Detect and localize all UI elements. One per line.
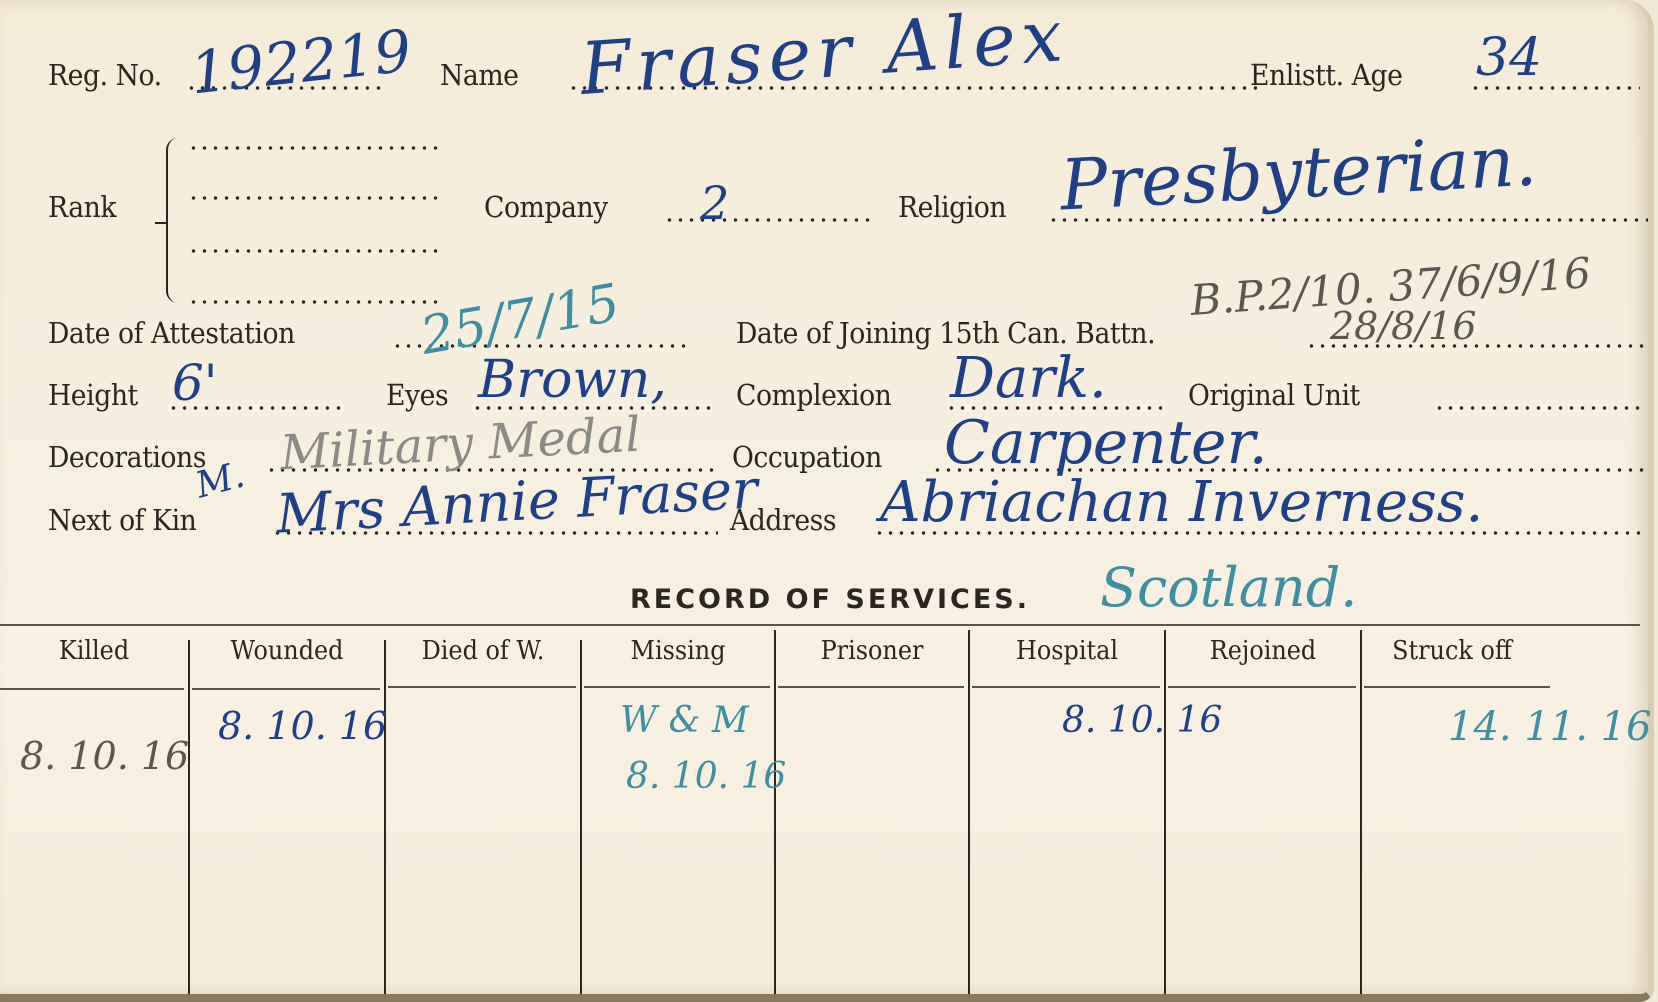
reg-no-value: 192219 [187,17,414,108]
company-dots [664,218,874,222]
col-header-killed: Killed [8,636,181,676]
name-value: Fraser Alex [578,0,1071,111]
col-header-rejoined: Rejoined [1174,636,1352,676]
header-underline [778,686,964,688]
col-header-hospital: Hospital [978,636,1156,676]
rank-line-1 [188,146,438,150]
col-divider [384,640,386,994]
hospital-entry: 8. 10. 16 [1062,700,1222,741]
header-underline [584,686,770,688]
col-divider [1360,630,1362,994]
table-top-rule [0,624,1640,626]
header-underline [972,686,1160,688]
address-label: Address [730,503,836,537]
attestation-label: Date of Attestation [48,316,295,350]
rank-brace-tip [155,222,167,224]
next-of-kin-label: Next of Kin [48,503,196,537]
rank-brace [166,138,182,303]
header-underline [1168,686,1356,688]
company-label: Company [484,190,608,224]
wounded-entry: 8. 10. 16 [218,704,387,748]
col-header-died-of-wounds: Died of W. [394,636,572,676]
height-value: 6' [172,354,218,412]
rank-line-4 [188,300,438,304]
reg-no-label: Reg. No. [48,58,162,92]
company-value: 2 [700,176,729,230]
struck-off-entry: 14. 11. 16 [1448,704,1652,750]
address-continued: Scotland. [1100,556,1357,619]
occupation-value: Carpenter. [944,408,1268,478]
joining-value: 28/8/16 [1330,304,1477,348]
col-divider [1164,630,1166,994]
enlist-age-value: 34 [1476,28,1542,88]
col-divider [580,640,582,994]
religion-value: Presbyterian. [1058,120,1538,227]
original-unit-label: Original Unit [1188,378,1360,412]
complexion-label: Complexion [736,378,891,412]
eyes-value: Brown, [478,350,667,410]
height-label: Height [48,378,138,412]
col-divider [968,630,970,994]
killed-entry: 8. 10. 16 [20,734,189,778]
record-of-services-title: RECORD OF SERVICES. [630,584,1030,615]
rank-line-2 [188,196,438,200]
missing-entry-1: W & M [620,700,749,741]
header-underline [0,688,184,690]
decorations-label: Decorations [48,440,206,474]
header-underline [388,686,576,688]
service-record-card: Reg. No. 192219 Name Fraser Alex Enlistt… [0,0,1654,1002]
col-divider [774,630,776,994]
rank-line-3 [188,249,438,253]
enlist-age-label: Enlistt. Age [1250,58,1402,92]
name-label: Name [440,58,519,92]
eyes-label: Eyes [386,378,448,412]
missing-entry-2: 8. 10. 16 [626,756,786,797]
col-divider [188,640,190,994]
address-value: Abriachan Inverness. [880,470,1483,535]
header-underline [1364,686,1550,688]
col-header-struck-off: Struck off [1369,636,1535,676]
religion-label: Religion [898,190,1006,224]
complexion-value: Dark. [950,346,1107,411]
rank-label: Rank [48,190,116,224]
col-header-wounded: Wounded [198,636,376,676]
original-unit-dots [1434,406,1646,410]
col-header-missing: Missing [590,636,767,676]
header-underline [192,688,380,690]
col-header-prisoner: Prisoner [784,636,961,676]
joining-label: Date of Joining 15th Can. Battn. [736,316,1155,350]
